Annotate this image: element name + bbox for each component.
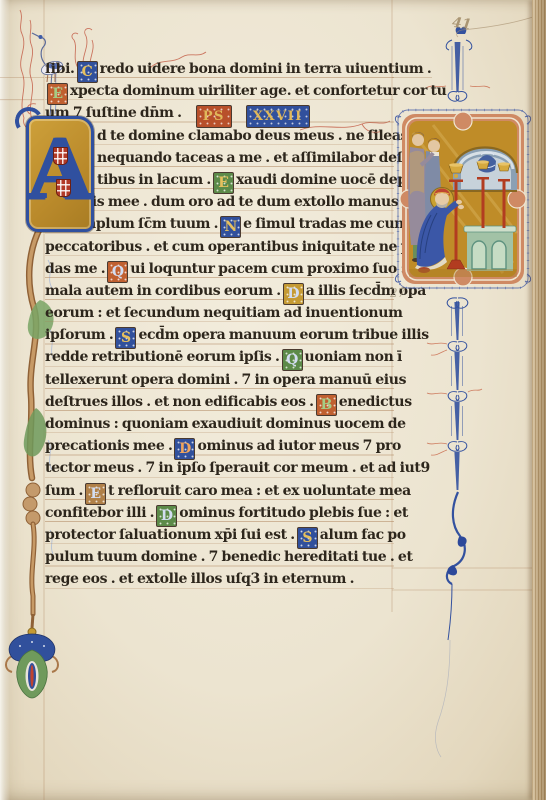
verse-text: tector meus . 7 in ipſo ſperauit cor meu…	[45, 460, 430, 476]
verse-text: tellexerunt opera domini . 7 in opera ma…	[45, 372, 406, 388]
verse-text: e ſimul tradas me cum	[243, 216, 409, 232]
verse-text: rege eos . et extolle illos uſq3 in eter…	[45, 571, 354, 587]
verse-text: mala autem in cordibus eorum .	[45, 283, 281, 299]
verse-text: eorum : et ſecundum nequitiam ad inuenti…	[45, 305, 403, 321]
floor-shading	[409, 269, 517, 277]
text-line: nequando taceas a me . et aſſimilabor de…	[45, 147, 394, 169]
miniature-king-david-praying	[393, 103, 535, 295]
text-line: Expecta dominum uiriliter age. et confor…	[45, 80, 394, 102]
text-line: pulum tuum domine . 7 benedic hereditati…	[45, 546, 394, 568]
verse-text: redo uidere bona domini in terra uiuenti…	[100, 61, 432, 77]
text-block: ſibi.Credo uidere bona domini in terra u…	[45, 58, 394, 591]
verse-text: xpecta dominum uiriliter age. et confort…	[70, 83, 446, 99]
verse-text: alum fac po	[320, 527, 406, 543]
text-line: rege eos . et extolle illos uſq3 in eter…	[45, 568, 394, 590]
text-line: redde retributionē eorum ipſis .Quoniam…	[45, 346, 394, 368]
heraldic-shield	[53, 147, 68, 165]
folio-number: 41	[451, 15, 472, 33]
verse-text: redde retributionē eorum ipſis .	[45, 349, 280, 365]
text-line: deſtrues illos . et non edificabis eos .…	[45, 391, 394, 413]
verse-text: protector ſaluationum xp̄i ſui est .	[45, 527, 295, 543]
verse-text: ſibi.	[45, 61, 75, 77]
verse-text: t refloruit caro mea : et ex uoluntate m…	[108, 483, 411, 499]
verse-text: ominus ad iutor meus 7 pro	[197, 438, 401, 454]
green-altar	[464, 226, 516, 271]
verse-text: confitebor illi .	[45, 505, 154, 521]
verse-text: ominus fortitudo plebis ſue : et	[179, 505, 408, 521]
text-line: ad templum ſc̄m tuum .Ne ſimul tradas me…	[45, 213, 394, 235]
text-line: tellexerunt opera domini . 7 in opera ma…	[45, 369, 394, 391]
text-line: precationis mee .Dominus ad iutor meus 7…	[45, 435, 394, 457]
text-line: mala autem in cordibus eorum .Da illis ſ…	[45, 280, 394, 302]
verse-text: ecd̄m opera manuum eorum tribue illis	[138, 327, 428, 343]
verse-text: pulum tuum domine . 7 benedic hereditati…	[45, 549, 413, 565]
verse-text: tibus in lacum .	[97, 172, 211, 188]
text-line: cationis mee . dum oro ad te dum extollo…	[45, 191, 394, 213]
verse-text: uoniam non ī	[305, 349, 402, 365]
heraldic-shield	[56, 179, 71, 197]
text-line: ſum .Et refloruit caro mea : et ex uolun…	[45, 480, 394, 502]
verse-text: cationis mee . dum oro ad te dum extollo…	[45, 194, 441, 210]
verse-text: deſtrues illos . et non edificabis eos .	[45, 394, 314, 410]
book-fore-edge	[532, 0, 546, 800]
text-line: protector ſaluationum xp̄i ſui est .Salu…	[45, 524, 394, 546]
text-line: eorum : et ſecundum nequitiam ad inuenti…	[45, 302, 394, 324]
text-line: d te domine clamabo deus meus . ne ſilea…	[45, 125, 394, 147]
verse-text: ui loquntur pacem cum proximo ſuo :	[130, 261, 405, 277]
verse-text: peccatoribus . et cum operantibus iniqui…	[45, 239, 426, 255]
verse-text: precationis mee .	[45, 438, 172, 454]
text-line: peccatoribus . et cum operantibus iniqui…	[45, 236, 394, 258]
text-line: ſibi.Credo uidere bona domini in terra u…	[45, 58, 394, 80]
text-line: tector meus . 7 in ipſo ſperauit cor meu…	[45, 457, 394, 479]
verse-text: ipſorum .	[45, 327, 113, 343]
manuscript-page-photo: ſibi.Credo uidere bona domini in terra u…	[0, 0, 546, 800]
text-line: dominus : quoniam exaudiuit dominus uoce…	[45, 413, 394, 435]
text-line: confitebor illi .Dominus fortitudo plebi…	[45, 502, 394, 524]
text-line: ipſorum .Secd̄m opera manuum eorum tribu…	[45, 324, 394, 346]
verse-text: das me .	[45, 261, 105, 277]
initial-letter-A: A	[28, 122, 92, 218]
psalm-number-annotation: 27	[390, 286, 405, 300]
verse-text: ſum .	[45, 483, 83, 499]
text-line: tibus in lacum .Exaudi domine uocē depr…	[45, 169, 394, 191]
verse-text: enedictus	[339, 394, 412, 410]
large-illuminated-initial: A	[26, 116, 94, 232]
verse-text: dominus : quoniam exaudiuit dominus uoce…	[45, 416, 406, 432]
text-line: um 7 ſuſtine dn̄m .PSXXVII	[45, 102, 394, 124]
text-line: das me .Qui loquntur pacem cum proximo ſ…	[45, 258, 394, 280]
